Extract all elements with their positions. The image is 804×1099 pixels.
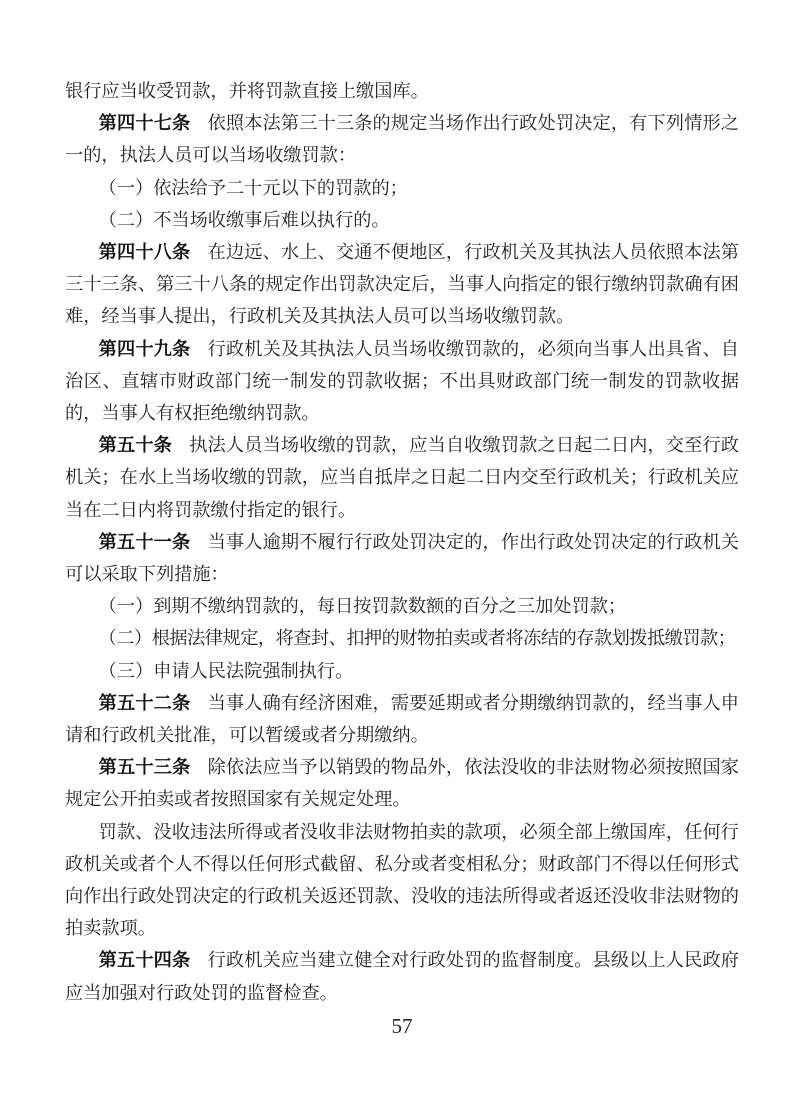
article-paragraph: 第五十三条除依法应当予以销毁的物品外，依法没收的非法财物必须按照国家规定公开拍卖… — [65, 751, 739, 815]
body-paragraph: 罚款、没收违法所得或者没收非法财物拍卖的款项，必须全部上缴国库，任何行政机关或者… — [65, 816, 739, 945]
body-paragraph: （一）到期不缴纳罚款的，每日按罚款数额的百分之三加处罚款； — [65, 590, 739, 622]
article-paragraph: 第四十七条依照本法第三十三条的规定当场作出行政处罚决定，有下列情形之一的，执法人… — [65, 107, 739, 171]
article-number: 第四十八条 — [99, 242, 191, 262]
article-number: 第四十七条 — [99, 113, 191, 133]
body-paragraph: （一）依法给予二十元以下的罚款的； — [65, 172, 739, 204]
article-paragraph: 第四十九条行政机关及其执法人员当场收缴罚款的，必须向当事人出具省、自治区、直辖市… — [65, 333, 739, 430]
document-page: 银行应当收受罚款，并将罚款直接上缴国库。第四十七条依照本法第三十三条的规定当场作… — [0, 0, 804, 1099]
article-number: 第五十三条 — [99, 757, 191, 777]
article-number: 第五十二条 — [99, 693, 191, 713]
page-number: 57 — [0, 1014, 804, 1039]
body-paragraph: 银行应当收受罚款，并将罚款直接上缴国库。 — [65, 75, 739, 107]
body-paragraph: （三）申请人民法院强制执行。 — [65, 655, 739, 687]
article-paragraph: 第五十四条行政机关应当建立健全对行政处罚的监督制度。县级以上人民政府应当加强对行… — [65, 944, 739, 1008]
body-paragraph: （二）根据法律规定，将查封、扣押的财物拍卖或者将冻结的存款划拨抵缴罚款； — [65, 622, 739, 654]
article-number: 第四十九条 — [99, 339, 191, 359]
body-paragraph: （二）不当场收缴事后难以执行的。 — [65, 204, 739, 236]
article-number: 第五十条 — [99, 435, 172, 455]
document-body: 银行应当收受罚款，并将罚款直接上缴国库。第四十七条依照本法第三十三条的规定当场作… — [65, 75, 739, 1009]
article-number: 第五十一条 — [99, 532, 191, 552]
article-number: 第五十四条 — [99, 950, 191, 970]
article-paragraph: 第五十条执法人员当场收缴的罚款，应当自收缴罚款之日起二日内，交至行政机关；在水上… — [65, 429, 739, 526]
article-paragraph: 第四十八条在边远、水上、交通不便地区，行政机关及其执法人员依照本法第三十三条、第… — [65, 236, 739, 333]
article-paragraph: 第五十一条当事人逾期不履行行政处罚决定的，作出行政处罚决定的行政机关可以采取下列… — [65, 526, 739, 590]
article-paragraph: 第五十二条当事人确有经济困难，需要延期或者分期缴纳罚款的，经当事人申请和行政机关… — [65, 687, 739, 751]
